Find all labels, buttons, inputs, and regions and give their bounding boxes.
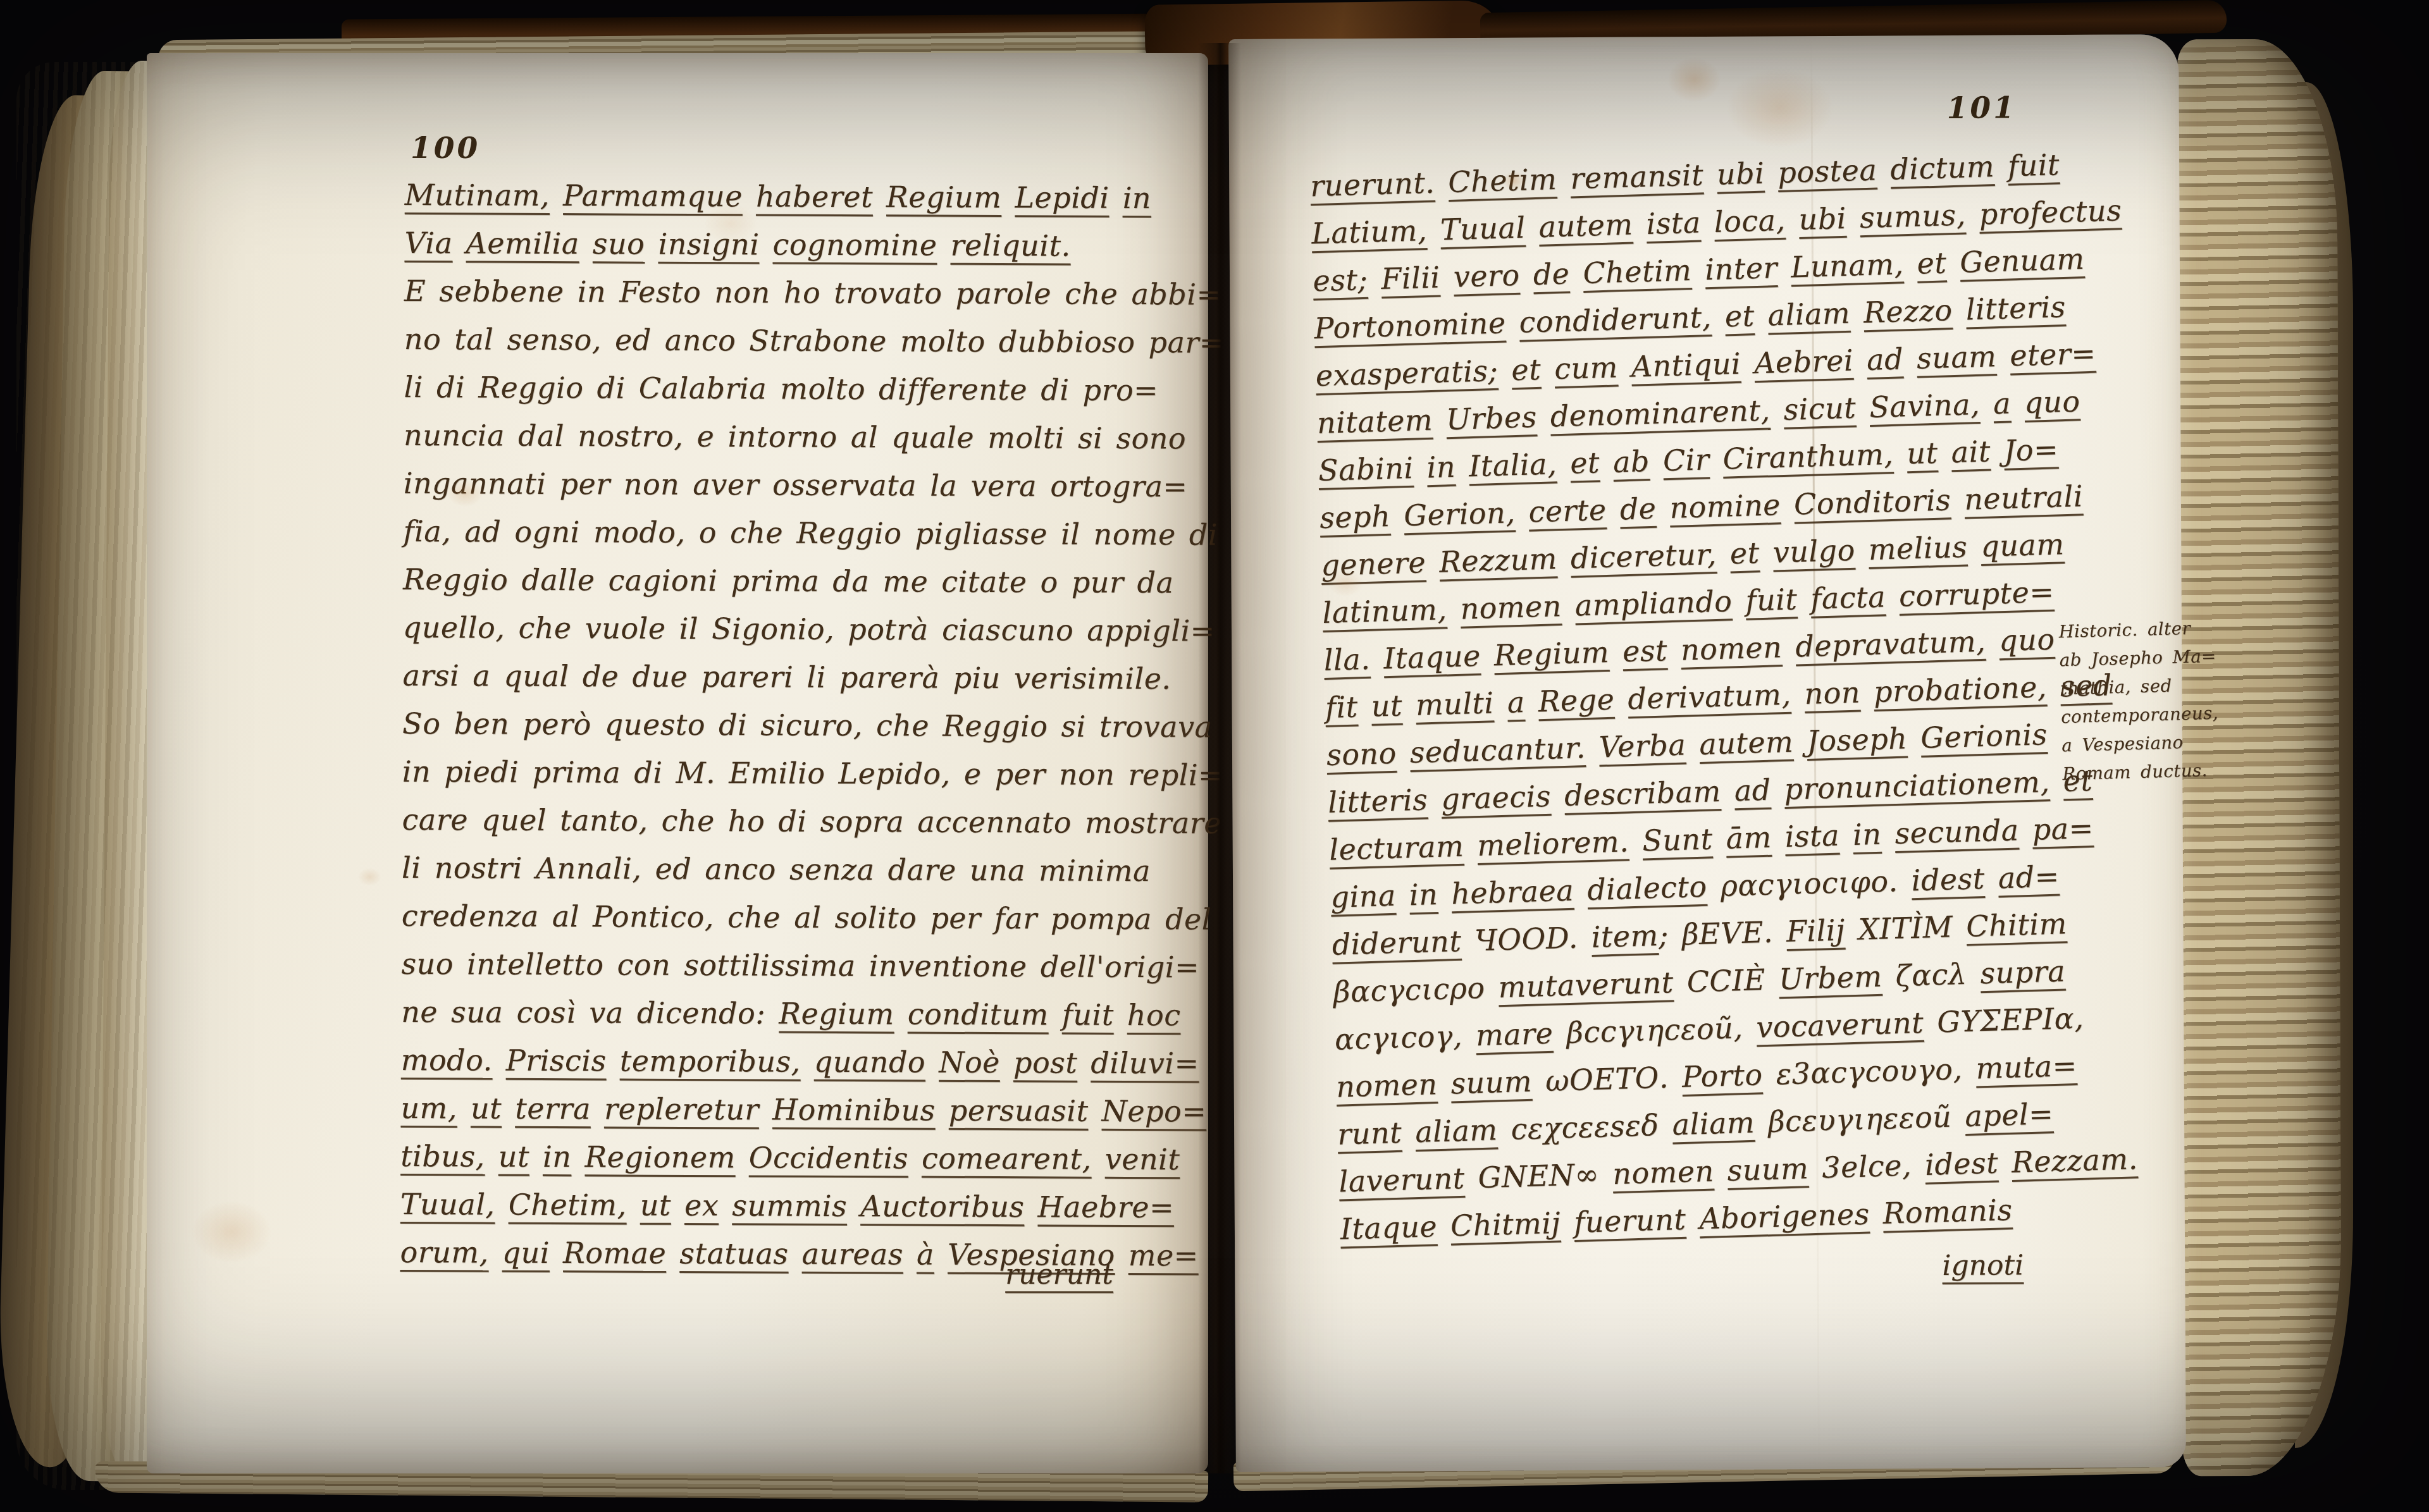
text-line: li di Reggio di Calabria molto different… [404,363,1226,415]
text-line: quello, che vuole il Sigonio, potrà cias… [403,603,1225,655]
text-line: ne sua così va dicendo: Regium conditum … [401,988,1223,1040]
text-line: suo intelletto con sottilissima inventio… [401,940,1223,992]
text-line: tibus, ut in Regionem Occidentis comeare… [400,1132,1223,1184]
text-line: no tal senso, ed anco Strabone molto dub… [404,315,1227,367]
manuscript-photo: 100 Mutinam, Parmamque haberet Regium Le… [0,0,2429,1512]
right-page-catchword: ignoti [1942,1249,2024,1282]
right-page-text: ruerunt. Chetim remansit ubi postea dict… [1309,138,2182,1253]
text-line: Via Aemilia suo insigni cognomine reliqu… [404,219,1227,271]
book-gutter-shadow [1198,43,1241,1473]
marginal-note-line: Historic. alter [2058,615,2185,646]
left-page: 100 Mutinam, Parmamque haberet Regium Le… [147,53,1208,1473]
page-stack-right-edge [2177,39,2342,1477]
text-line: um, ut terra repleretur Hominibus persua… [400,1084,1223,1136]
marginal-note-line: contemporaneus, [2061,700,2188,732]
marginal-note-line: thathia, sed [2060,672,2187,703]
right-page-number: 101 [1947,90,2017,126]
marginal-note-line: ab Josepho Ma= [2059,643,2186,675]
right-page: 101 ruerunt. Chetim remansit ubi postea … [1228,34,2186,1472]
marginal-note-line: a Vespesiano [2061,728,2189,760]
text-line: in piedi prima di M. Emilio Lepido, e pe… [402,747,1225,799]
text-line: So ben però questo di sicuro, che Reggio… [402,699,1225,751]
text-line: Mutinam, Parmamque haberet Regium Lepidi… [405,171,1227,223]
left-page-number: 100 [411,131,480,166]
text-line: ingannati per non aver osservata la vera… [404,459,1226,511]
left-page-text: Mutinam, Parmamque haberet Regium Lepidi… [400,171,1227,1280]
text-line: li nostri Annali, ed anco senza dare una… [402,844,1224,895]
text-line: credenza al Pontico, che al solito per f… [402,892,1224,943]
left-page-catchword: ruerunt [1005,1258,1113,1291]
text-line: nuncia dal nostro, e intorno al quale mo… [404,411,1226,463]
marginal-note: Historic. alterab Josepho Ma=thathia, se… [2058,615,2189,789]
text-line: modo. Priscis temporibus, quando Noè pos… [401,1036,1223,1088]
text-line: Reggio dalle cagioni prima da me citate … [403,555,1225,607]
marginal-note-line: Romam ductus. [2062,757,2189,789]
text-line: E sebbene in Festo non ho trovato parole… [404,267,1227,319]
text-line: arsi a qual de due pareri li parerà piu … [402,651,1225,703]
text-line: care quel tanto, che ho di sopra accenna… [402,796,1224,847]
text-line: Tuual, Chetim, ut ex summis Auctoribus H… [400,1180,1223,1232]
text-line: fia, ad ogni modo, o che Reggio pigliass… [403,507,1225,559]
